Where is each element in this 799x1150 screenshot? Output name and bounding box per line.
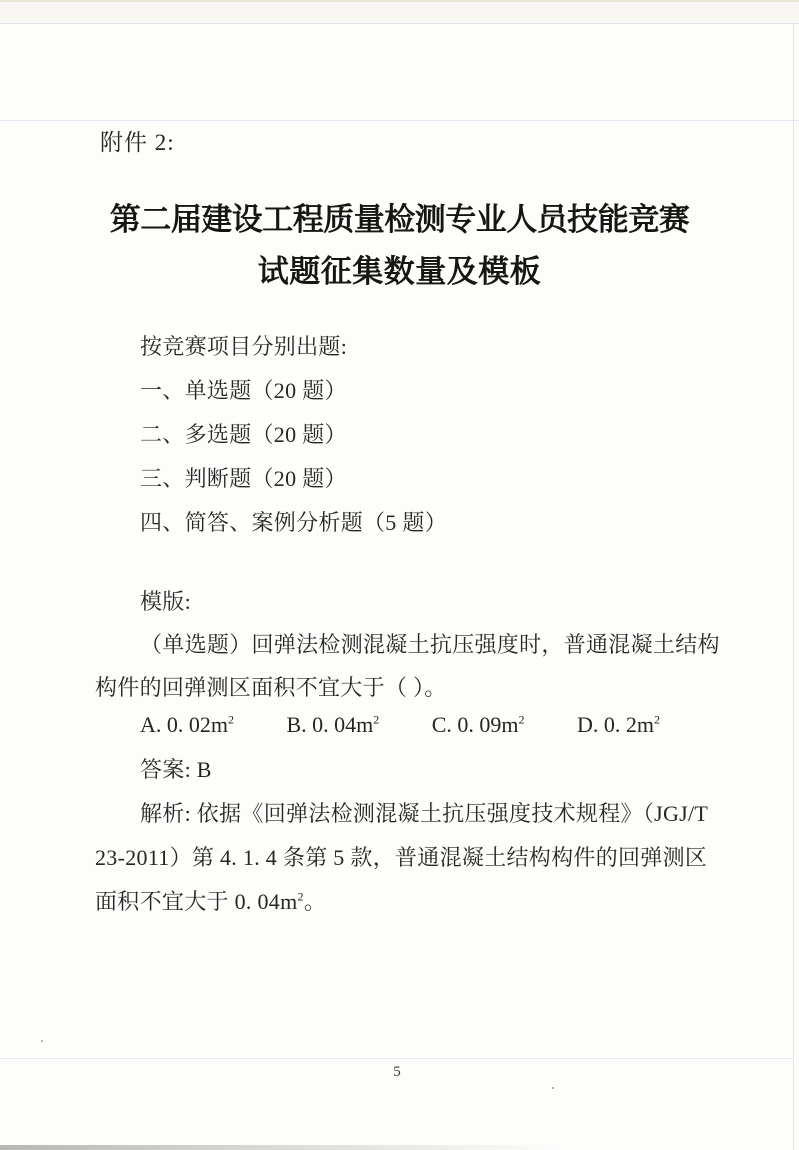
option-b-text: B. 0. 04m xyxy=(286,712,373,737)
doc-title-line2: 试题征集数量及模板 xyxy=(0,246,799,291)
scanned-document-page: 附件 2: 第二届建设工程质量检测专业人员技能竞赛 试题征集数量及模板 按竞赛项… xyxy=(0,0,799,1150)
option-a: A. 0. 02m2 xyxy=(140,712,234,738)
scan-faint-line-upper xyxy=(0,120,799,121)
option-c: C. 0. 09m2 xyxy=(432,712,525,738)
question-type-item-1: 一、单选题（20 题） xyxy=(140,374,347,405)
options-row: A. 0. 02m2 B. 0. 04m2 C. 0. 09m2 D. 0. 2… xyxy=(140,712,660,738)
analysis-line1: 解析: 依据《回弹法检测混凝土抗压强度技术规程》（JGJ/T xyxy=(140,797,708,828)
question-type-item-2: 二、多选题（20 题） xyxy=(140,418,347,449)
option-d: D. 0. 2m2 xyxy=(577,712,660,738)
template-label: 模版: xyxy=(140,585,191,616)
question-type-item-4: 四、简答、案例分析题（5 题） xyxy=(140,506,447,537)
scan-edge-line-right xyxy=(793,23,794,1150)
option-b-superscript: 2 xyxy=(373,713,379,727)
page-number: 5 xyxy=(0,1064,794,1081)
scan-speck xyxy=(41,1040,43,1042)
option-b: B. 0. 04m2 xyxy=(286,712,379,738)
analysis-line2: 23-2011）第 4. 1. 4 条第 5 款，普通混凝土结构构件的回弹测区 xyxy=(95,841,707,872)
question-text-line2: 构件的回弹测区面积不宜大于（ ）。 xyxy=(95,671,447,702)
intro-line: 按竞赛项目分别出题: xyxy=(140,330,347,361)
question-text-line1: （单选题）回弹法检测混凝土抗压强度时，普通混凝土结构 xyxy=(140,628,720,659)
scan-top-band xyxy=(0,0,799,22)
scan-edge-line-top xyxy=(0,23,799,24)
option-d-text: D. 0. 2m xyxy=(577,712,654,737)
scan-speck xyxy=(552,1087,554,1089)
doc-title-line1: 第二届建设工程质量检测专业人员技能竞赛 xyxy=(0,194,799,239)
option-a-superscript: 2 xyxy=(228,713,234,727)
scan-smudge-bottom xyxy=(0,1145,560,1150)
option-d-superscript: 2 xyxy=(654,713,660,727)
analysis-line3-text: 面积不宜大于 0. 04m xyxy=(95,889,298,914)
analysis-line3: 面积不宜大于 0. 04m2。 xyxy=(95,885,326,916)
analysis-line3-period: 。 xyxy=(304,889,326,914)
scan-faint-line-footer xyxy=(0,1058,794,1059)
answer-line: 答案: B xyxy=(140,753,212,784)
option-c-text: C. 0. 09m xyxy=(432,712,519,737)
option-c-superscript: 2 xyxy=(519,713,525,727)
option-a-text: A. 0. 02m xyxy=(140,712,228,737)
attachment-label: 附件 2: xyxy=(100,124,175,157)
question-type-item-3: 三、判断题（20 题） xyxy=(140,462,347,493)
